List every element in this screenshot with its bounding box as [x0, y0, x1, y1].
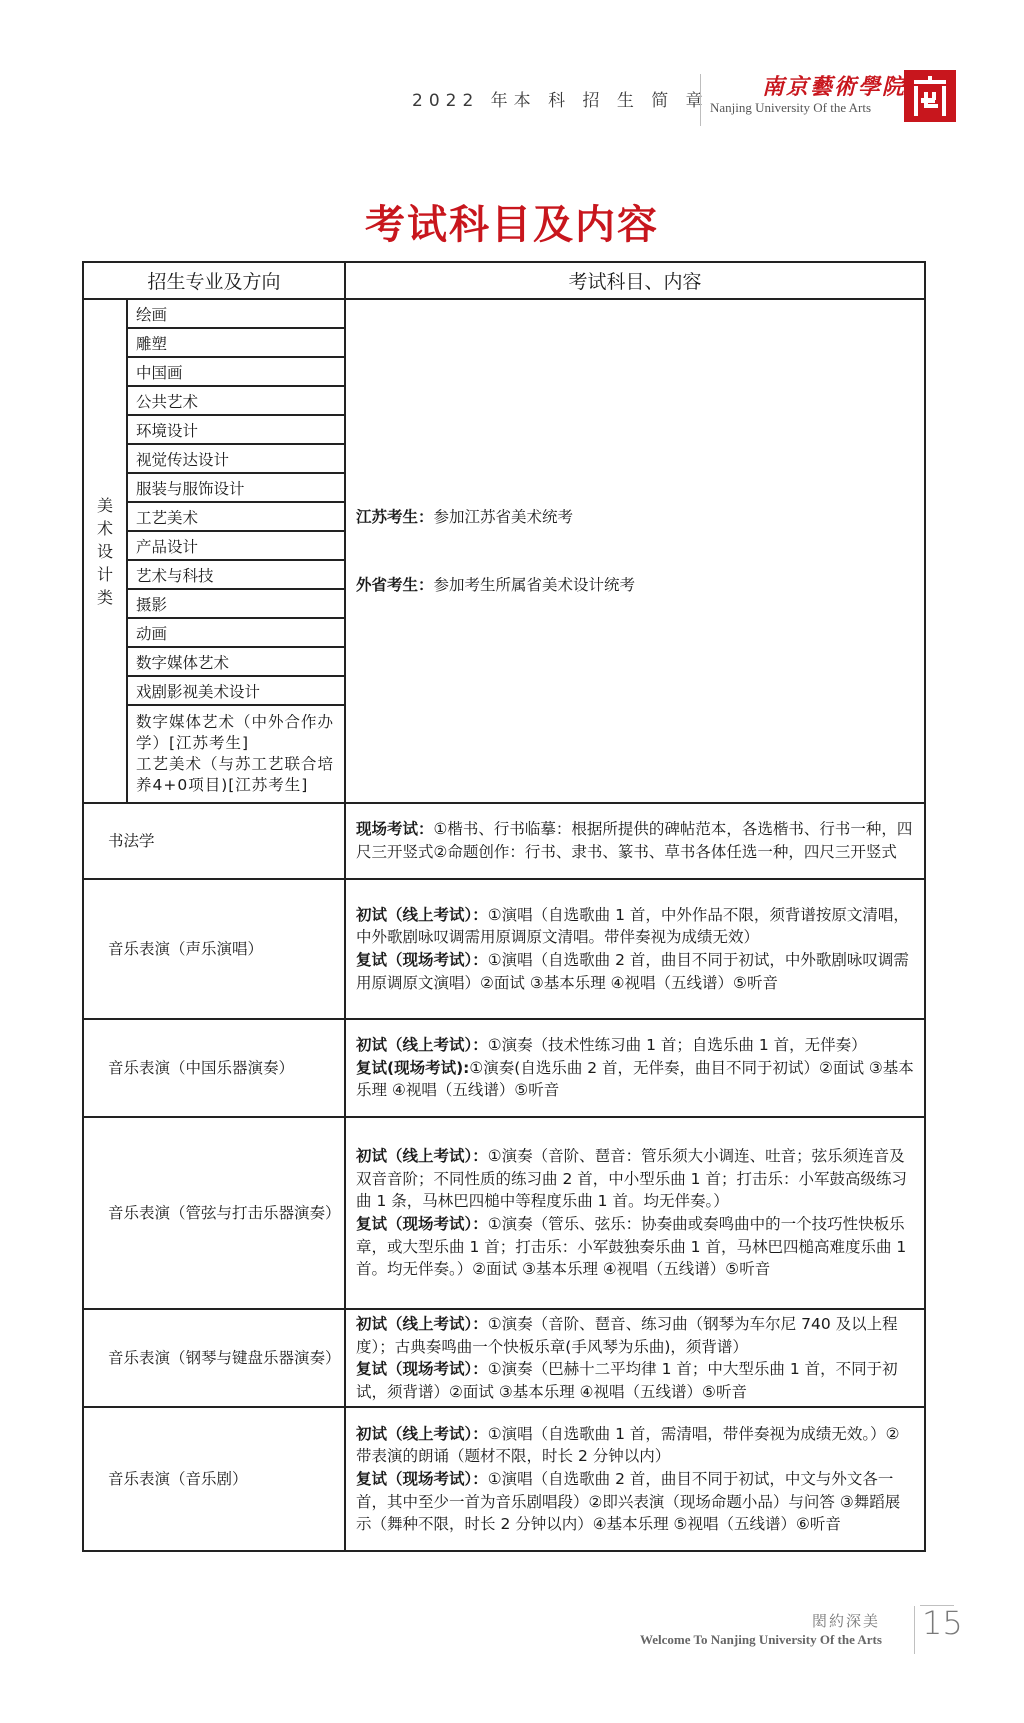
table-row: 音乐表演（管弦与打击乐器演奏） 初试（线上考试）：①演奏（音阶、琶音：管乐须大小…	[83, 1117, 925, 1309]
school-name-cn: 南京藝術學院	[762, 70, 906, 101]
school-logo-icon	[904, 70, 956, 122]
major-label: 书法学	[83, 803, 345, 879]
table-row: 音乐表演（声乐演唱） 初试（线上考试）：①演唱（自选歌曲 1 首，中外作品不限，…	[83, 879, 925, 1019]
category-cell: 美术设计类	[83, 299, 127, 803]
column-header-major: 招生专业及方向	[83, 262, 345, 299]
major-label: 音乐表演（声乐演唱）	[83, 879, 345, 1019]
other-province-label: 外省考生：	[356, 576, 434, 594]
column-header-content: 考试科目、内容	[345, 262, 925, 299]
exam-stage-label: 复试（现场考试）：	[356, 1470, 488, 1488]
exam-content: 初试（线上考试）：①演唱（自选歌曲 1 首，需清唱，带伴奏视为成绩无效。）②带表…	[345, 1407, 925, 1551]
major-item: 服装与服饰设计	[127, 473, 345, 502]
art-design-content: 江苏考生：参加江苏省美术统考 外省考生：参加考生所属省美术设计统考	[345, 299, 925, 803]
table-row: 音乐表演（钢琴与键盘乐器演奏） 初试（线上考试）：①演奏（音阶、琶音、练习曲（钢…	[83, 1309, 925, 1407]
major-item: 环境设计	[127, 415, 345, 444]
header-divider	[700, 74, 701, 126]
exam-stage-text: ①演奏（技术性练习曲 1 首；自选乐曲 1 首，无伴奏）	[488, 1036, 867, 1054]
exam-stage-label: 初试（线上考试）：	[356, 1425, 488, 1443]
major-item: 动画	[127, 618, 345, 647]
exam-stage-label: 复试(现场考试):	[356, 1059, 469, 1077]
major-item: 工艺美术	[127, 502, 345, 531]
major-item: 视觉传达设计	[127, 444, 345, 473]
major-item: 艺术与科技	[127, 560, 345, 589]
footer-slogan-en: Welcome To Nanjing University Of the Art…	[640, 1632, 882, 1648]
major-item: 中国画	[127, 357, 345, 386]
table-row: 书法学 现场考试：①楷书、行书临摹：根据所提供的碑帖范本，各选楷书、行书一种，四…	[83, 803, 925, 879]
other-province-requirement: 外省考生：参加考生所属省美术设计统考	[356, 574, 914, 596]
other-province-text: 参加考生所属省美术设计统考	[434, 576, 636, 594]
exam-stage-label: 复试（现场考试）：	[356, 1360, 488, 1378]
exam-content: 初试（线上考试）：①演奏（音阶、琶音、练习曲（钢琴为车尔尼 740 及以上程度）…	[345, 1309, 925, 1407]
major-item: 公共艺术	[127, 386, 345, 415]
major-label: 音乐表演（钢琴与键盘乐器演奏）	[83, 1309, 345, 1407]
exam-subjects-table: 招生专业及方向 考试科目、内容 美术设计类 绘画 江苏考生：参加江苏省美术统考 …	[82, 261, 926, 1552]
page-number: 15	[922, 1604, 963, 1642]
jiangsu-label: 江苏考生：	[356, 508, 434, 526]
exam-stage-text: ①楷书、行书临摹：根据所提供的碑帖范本，各选楷书、行书一种，四尺三开竖式②命题创…	[356, 820, 912, 861]
special-major-item: 工艺美术（与苏工艺联合培养4+0项目)[江苏考生]	[136, 754, 336, 796]
category-label: 美术设计类	[96, 494, 114, 609]
major-item: 摄影	[127, 589, 345, 618]
exam-stage-label: 复试（现场考试）：	[356, 951, 488, 969]
table-header-row: 招生专业及方向 考试科目、内容	[83, 262, 925, 299]
school-name-en: Nanjing University Of the Arts	[710, 100, 871, 116]
jiangsu-requirement: 江苏考生：参加江苏省美术统考	[356, 506, 914, 528]
table-row: 音乐表演（音乐剧） 初试（线上考试）：①演唱（自选歌曲 1 首，需清唱，带伴奏视…	[83, 1407, 925, 1551]
exam-stage-label: 现场考试：	[356, 820, 434, 838]
exam-stage-label: 初试（线上考试）：	[356, 1315, 488, 1333]
special-major-item: 数字媒体艺术（中外合作办学）[江苏考生]	[136, 712, 336, 754]
major-item: 产品设计	[127, 531, 345, 560]
major-item: 数字媒体艺术	[127, 647, 345, 676]
major-label: 音乐表演（音乐剧）	[83, 1407, 345, 1551]
major-item: 绘画	[127, 299, 345, 328]
major-label: 音乐表演（中国乐器演奏）	[83, 1019, 345, 1117]
major-item: 戏剧影视美术设计	[127, 676, 345, 705]
exam-stage-label: 初试（线上考试）：	[356, 1147, 488, 1165]
exam-stage-label: 初试（线上考试）：	[356, 1036, 488, 1054]
exam-content: 现场考试：①楷书、行书临摹：根据所提供的碑帖范本，各选楷书、行书一种，四尺三开竖…	[345, 803, 925, 879]
major-item: 雕塑	[127, 328, 345, 357]
exam-stage-label: 初试（线上考试）：	[356, 906, 488, 924]
special-majors-cell: 数字媒体艺术（中外合作办学）[江苏考生] 工艺美术（与苏工艺联合培养4+0项目)…	[127, 705, 345, 803]
table-row: 美术设计类 绘画 江苏考生：参加江苏省美术统考 外省考生：参加考生所属省美术设计…	[83, 299, 925, 328]
footer-slogan-cn: 閎約深美	[812, 1610, 880, 1631]
brochure-title: 2022 年本 科 招 生 简 章	[412, 86, 709, 111]
major-label: 音乐表演（管弦与打击乐器演奏）	[83, 1117, 345, 1309]
exam-content: 初试（线上考试）：①演奏（技术性练习曲 1 首；自选乐曲 1 首，无伴奏） 复试…	[345, 1019, 925, 1117]
exam-content: 初试（线上考试）：①演奏（音阶、琶音：管乐须大小调连、吐音；弦乐须连音及双音音阶…	[345, 1117, 925, 1309]
page-title: 考试科目及内容	[0, 193, 1024, 250]
exam-content: 初试（线上考试）：①演唱（自选歌曲 1 首，中外作品不限，须背谱按原文清唱，中外…	[345, 879, 925, 1019]
exam-stage-label: 复试（现场考试）：	[356, 1215, 488, 1233]
table-row: 音乐表演（中国乐器演奏） 初试（线上考试）：①演奏（技术性练习曲 1 首；自选乐…	[83, 1019, 925, 1117]
jiangsu-text: 参加江苏省美术统考	[434, 508, 574, 526]
footer-divider	[914, 1606, 915, 1654]
